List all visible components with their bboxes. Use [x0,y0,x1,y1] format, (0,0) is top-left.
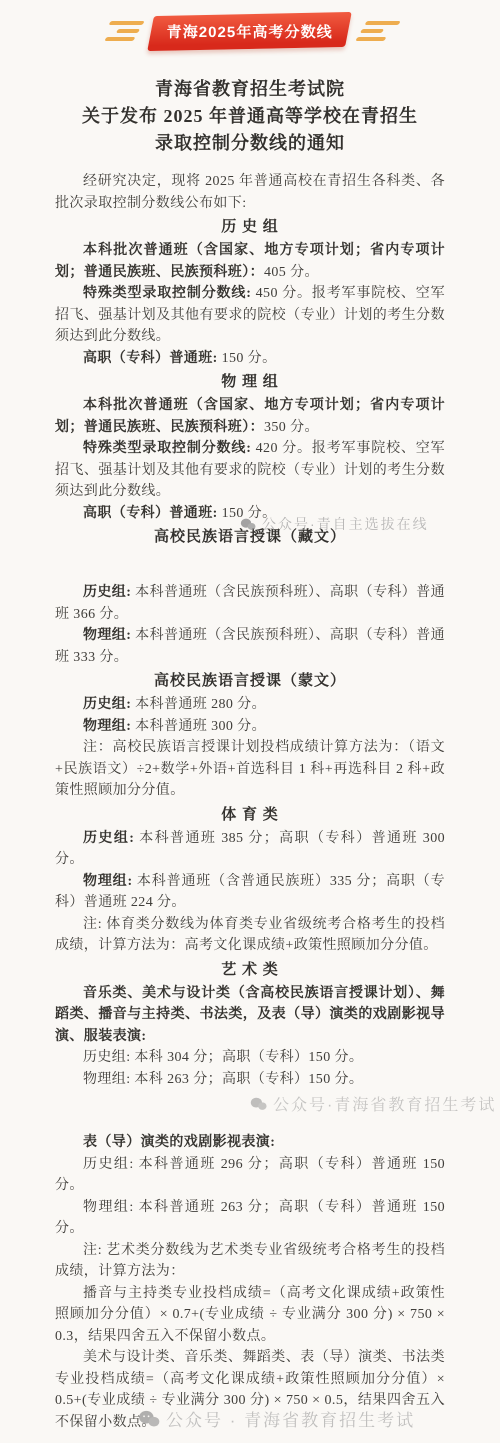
header-banner: 青海2025年高考分数线 [0,10,500,52]
section-heading-sports: 体 育 类 [55,804,445,826]
document-body: 历 史 组本科批次普通班（含国家、地方专项计划；省内专项计划；普通民族班、民族预… [55,216,445,1433]
page: 青海2025年高考分数线 青海省教育招生考试院 关于发布 2025 年普通高等学… [0,0,500,1443]
text-segment: 特殊类型录取控制分数线: [83,286,251,301]
text-segment: 历史组: 本科 304 分；高职（专科）150 分。 [83,1050,363,1065]
sports-history-line: 历史组: 本科普通班 385 分；高职（专科）普通班 300 分。 [55,828,445,871]
arts-history-line: 历史组: 本科 304 分；高职（专科）150 分。 [55,1047,445,1069]
performance-history-line: 历史组: 本科普通班 296 分；高职（专科）普通班 150 分。 [55,1154,445,1197]
history-special-line: 特殊类型录取控制分数线: 450 分。报考军事院校、空军招飞、强基计划及其他有要… [55,283,445,348]
speed-lines-right-icon [355,21,401,41]
text-segment: 注: 艺术类分数线为艺术类专业省级统考合格考生的投档成绩，计算方法为： [55,1243,445,1280]
title-line-1: 青海省教育招生考试院 [0,76,500,103]
text-segment: 150 分。 [218,351,277,366]
text-segment: 物理组: 本科 263 分；高职（专科）150 分。 [83,1072,363,1087]
title-line-3: 录取控制分数线的通知 [0,130,500,157]
tibetan-section-gap [55,550,445,582]
sports-note: 注: 体育类分数线为体育类专业省级统考合格考生的投档成绩，计算方法为：高考文化课… [55,914,445,957]
watermark-bottom: 公众号 · 青海省教育招生考试 [138,1406,415,1431]
wechat-icon [240,518,256,531]
tibetan-history-line: 历史组: 本科普通班（含民族预科班）、高职（专科）普通班 366 分。 [55,582,445,625]
banner-ribbon: 青海2025年高考分数线 [148,11,353,50]
mongolian-history-line: 历史组: 本科普通班 280 分。 [55,694,445,716]
performance-heading-line: 表（导）演类的戏剧影视表演: [55,1132,445,1154]
banner-label: 青海2025年高考分数线 [167,21,333,42]
text-segment: 高职（专科）普通班: [83,351,218,366]
text-segment: 历史组: [83,831,134,846]
text-segment: 历史组: [83,585,131,600]
history-vocational-line: 高职（专科）普通班: 150 分。 [55,348,445,370]
document-title: 青海省教育招生考试院 关于发布 2025 年普通高等学校在青招生 录取控制分数线… [0,76,500,157]
text-segment: 高职（专科）普通班: [83,506,218,521]
text-segment: 物理组: 本科普通班 263 分；高职（专科）普通班 150 分。 [55,1200,445,1237]
speed-lines-left-icon [100,21,146,41]
sports-physics-line: 物理组: 本科普通班（含普通民族班）335 分；高职（专科）普通班 224 分。 [55,871,445,914]
tibetan-physics-line: 物理组: 本科普通班（含民族预科班）、高职（专科）普通班 333 分。 [55,625,445,668]
title-line-2: 关于发布 2025 年普通高等学校在青招生 [0,103,500,130]
text-segment: 历史组: [83,697,131,712]
watermark-text: 公众号 · 青海省教育招生考试 [166,1406,415,1431]
intro-paragraph: 经研究决定，现将 2025 年普通高校在青招生各科类、各批次录取控制分数线公布如… [55,171,445,214]
text-segment: 表（导）演类的戏剧影视表演: [83,1135,275,1150]
text-segment: 播音与主持类专业投档成绩=（高考文化课成绩+政策性照顾加分分值）× 0.7+(专… [55,1286,445,1344]
text-segment: 本科普通班 300 分。 [131,719,266,734]
watermark-middle: 公众号·青海省教育招生考试 [250,1092,496,1115]
history-undergrad-line: 本科批次普通班（含国家、地方专项计划；省内专项计划；普通民族班、民族预科班）：4… [55,240,445,283]
text-segment: 405 分。 [264,265,319,280]
performance-physics-line: 物理组: 本科普通班 263 分；高职（专科）普通班 150 分。 [55,1197,445,1240]
text-segment: 本科批次普通班（含国家、地方专项计划；省内专项计划；普通民族班、民族预科班）： [55,398,445,435]
text-segment: 本科普通班 280 分。 [131,697,266,712]
watermark-text: 公众号·青海省教育招生考试 [273,1092,496,1115]
text-segment: 物理组: [83,874,133,889]
section-heading-arts: 艺 术 类 [55,959,445,981]
arts-categories-line: 音乐类、美术与设计类（含高校民族语言授课计划）、舞蹈类、播音与主持类、书法类，及… [55,983,445,1048]
watermark-tibetan-overlay: 公众号·青自主选拔在线 [240,514,429,534]
section-heading-mongolian: 高校民族语言授课（蒙文） [55,670,445,692]
arts-physics-line: 物理组: 本科 263 分；高职（专科）150 分。 [55,1069,445,1091]
physics-special-line: 特殊类型录取控制分数线: 420 分。报考军事院校、空军招飞、强基计划及其他有要… [55,438,445,503]
text-segment: 物理组: [83,719,131,734]
text-segment: 注：高校民族语言授课计划投档成绩计算方法为：（语文+民族语文）÷2+数学+外语+… [55,740,445,798]
section-heading-history: 历 史 组 [55,216,445,238]
section-heading-physics: 物 理 组 [55,371,445,393]
watermark-text: 公众号·青自主选拔在线 [262,514,429,534]
document-body-wrap: 经研究决定，现将 2025 年普通高校在青招生各科类、各批次录取控制分数线公布如… [0,157,500,1433]
text-segment: 本科批次普通班（含国家、地方专项计划；省内专项计划；普通民族班、民族预科班）： [55,243,445,280]
text-segment: 音乐类、美术与设计类（含高校民族语言授课计划）、舞蹈类、播音与主持类、书法类，及… [55,986,445,1044]
wechat-icon [138,1410,160,1428]
wechat-icon [250,1097,267,1111]
arts-note-line: 注: 艺术类分数线为艺术类专业省级统考合格考生的投档成绩，计算方法为： [55,1240,445,1283]
text-segment: 350 分。 [264,420,319,435]
text-segment: 历史组: 本科普通班 296 分；高职（专科）普通班 150 分。 [55,1157,445,1194]
text-segment: 特殊类型录取控制分数线: [83,441,251,456]
text-segment: 物理组: [83,628,131,643]
text-segment: 注: 体育类分数线为体育类专业省级统考合格考生的投档成绩，计算方法为：高考文化课… [55,917,445,954]
physics-undergrad-line: 本科批次普通班（含国家、地方专项计划；省内专项计划；普通民族班、民族预科班）：3… [55,395,445,438]
mongolian-note: 注：高校民族语言授课计划投档成绩计算方法为：（语文+民族语文）÷2+数学+外语+… [55,737,445,802]
broadcast-formula-line: 播音与主持类专业投档成绩=（高考文化课成绩+政策性照顾加分分值）× 0.7+(专… [55,1283,445,1348]
mongolian-physics-line: 物理组: 本科普通班 300 分。 [55,716,445,738]
